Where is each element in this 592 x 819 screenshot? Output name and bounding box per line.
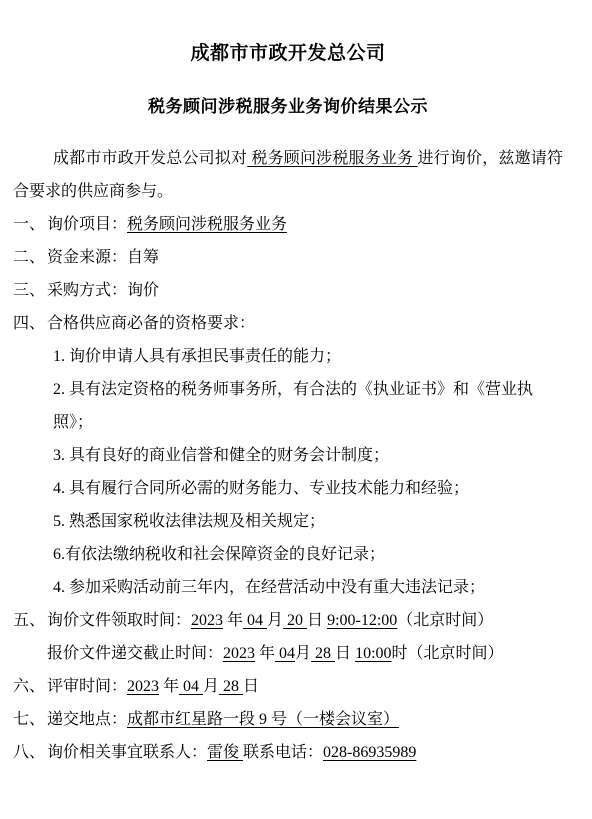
- date-month-value: 04: [179, 678, 203, 695]
- sub-item-5: 5. 熟悉国家税收法律法规及相关规定；: [53, 505, 563, 538]
- item-number: 四、: [13, 307, 45, 340]
- item-text: 联系电话：: [243, 744, 323, 761]
- sub-item-4: 4. 具有履行合同所必需的财务能力、专业技术能力和经验；: [53, 472, 563, 505]
- item-body: 合格供应商必备的资格要求：: [47, 307, 563, 340]
- item-number: 五、: [13, 604, 45, 637]
- item-text: 合格供应商必备的资格要求：: [47, 315, 255, 332]
- item-body: 资金来源：自筹: [47, 241, 563, 274]
- item-line-1: 询价文件领取时间：2023 年 04 月 20 日 9:00-12:00（北京时…: [47, 604, 563, 637]
- item-text: 月: [267, 612, 283, 629]
- intro-underlined-value: 税务顾问涉税服务业务: [247, 150, 417, 167]
- contact-name-value: 雷俊: [207, 744, 243, 761]
- item-number: 七、: [13, 703, 45, 736]
- date-year-value: 2023: [223, 645, 255, 662]
- item-text: 询价相关事宜联系人：: [47, 744, 207, 761]
- date-day-value: 20: [283, 612, 307, 629]
- item-text: 日: [307, 612, 327, 629]
- item-text: 询价项目：: [47, 216, 127, 233]
- item-text: 月: [203, 678, 219, 695]
- item-number: 二、: [13, 241, 45, 274]
- item-number: 一、: [13, 208, 45, 241]
- document-page: 成都市市政开发总公司 税务顾问涉税服务业务询价结果公示 成都市市政开发总公司拟对…: [0, 0, 592, 819]
- doc-subtitle: 税务顾问涉税服务业务询价结果公示: [13, 95, 563, 119]
- item-body: 递交地点：成都市红星路一段 9 号（一楼会议室）: [47, 703, 563, 736]
- item-text: 采购方式：询价: [47, 282, 159, 299]
- date-day-value: 28: [219, 678, 243, 695]
- item-text: （北京时间）: [397, 612, 493, 629]
- time-value: 10:00: [355, 645, 391, 662]
- item-text: 年: [223, 612, 243, 629]
- item-body: 询价项目：税务顾问涉税服务业务: [47, 208, 563, 241]
- date-month-value: 04: [275, 645, 295, 662]
- item-body: 采购方式：询价: [47, 274, 563, 307]
- item-body: 询价相关事宜联系人：雷俊 联系电话：028-86935989: [47, 736, 563, 769]
- item-text: 年: [159, 678, 179, 695]
- sub-item-1: 1. 询价申请人具有承担民事责任的能力；: [53, 340, 563, 373]
- item-number: 三、: [13, 274, 45, 307]
- item-text: 报价文件递交截止时间：: [47, 645, 223, 662]
- address-value: 成都市红星路一段 9 号（一楼会议室）: [127, 711, 399, 728]
- list-item-6: 六、 评审时间：2023 年 04 月 28 日: [13, 670, 563, 703]
- date-month-value: 04: [243, 612, 267, 629]
- item-number: 八、: [13, 736, 45, 769]
- item-text: 递交地点：: [47, 711, 127, 728]
- intro-paragraph: 成都市市政开发总公司拟对 税务顾问涉税服务业务 进行询价，兹邀请符合要求的供应商…: [13, 142, 563, 208]
- item-text: 询价文件领取时间：: [47, 612, 191, 629]
- item-text: 资金来源：自筹: [47, 249, 159, 266]
- list-item-8: 八、 询价相关事宜联系人：雷俊 联系电话：028-86935989: [13, 736, 563, 769]
- sub-item-6: 6.有依法缴纳税收和社会保障资金的良好记录；: [53, 538, 563, 571]
- time-range-value: 9:00-12:00: [327, 612, 397, 629]
- item-underlined-value: 税务顾问涉税服务业务: [127, 216, 287, 233]
- item-text: 日: [335, 645, 355, 662]
- item-text: 时（北京时间）: [392, 645, 504, 662]
- list-item-5: 五、 询价文件领取时间：2023 年 04 月 20 日 9:00-12:00（…: [13, 604, 563, 670]
- sub-item-2: 2. 具有法定资格的税务师事务所，有合法的《执业证书》和《营业执照》；: [53, 373, 563, 439]
- doc-title: 成都市市政开发总公司: [13, 42, 563, 66]
- sub-item-3: 3. 具有良好的商业信誉和健全的财务会计制度；: [53, 439, 563, 472]
- list-item-3: 三、 采购方式：询价: [13, 274, 563, 307]
- sub-item-7: 4. 参加采购活动前三年内，在经营活动中没有重大违法记录；: [53, 571, 563, 604]
- item-text: 年: [255, 645, 275, 662]
- date-year-value: 2023: [127, 678, 159, 695]
- item-text: 日: [243, 678, 259, 695]
- list-item-4: 四、 合格供应商必备的资格要求： 1. 询价申请人具有承担民事责任的能力； 2.…: [13, 307, 563, 604]
- item-line-2: 报价文件递交截止时间：2023 年 04月 28 日 10:00时（北京时间）: [47, 637, 563, 670]
- item-text: 评审时间：: [47, 678, 127, 695]
- intro-text: 成都市市政开发总公司拟对: [53, 150, 247, 167]
- date-day-value: 28: [311, 645, 335, 662]
- list-item-1: 一、 询价项目：税务顾问涉税服务业务: [13, 208, 563, 241]
- list-item-2: 二、 资金来源：自筹: [13, 241, 563, 274]
- list-item-7: 七、 递交地点：成都市红星路一段 9 号（一楼会议室）: [13, 703, 563, 736]
- item-body: 评审时间：2023 年 04 月 28 日: [47, 670, 563, 703]
- item-text: 月: [295, 645, 311, 662]
- contact-phone-value: 028-86935989: [323, 744, 416, 761]
- date-year-value: 2023: [191, 612, 223, 629]
- item-number: 六、: [13, 670, 45, 703]
